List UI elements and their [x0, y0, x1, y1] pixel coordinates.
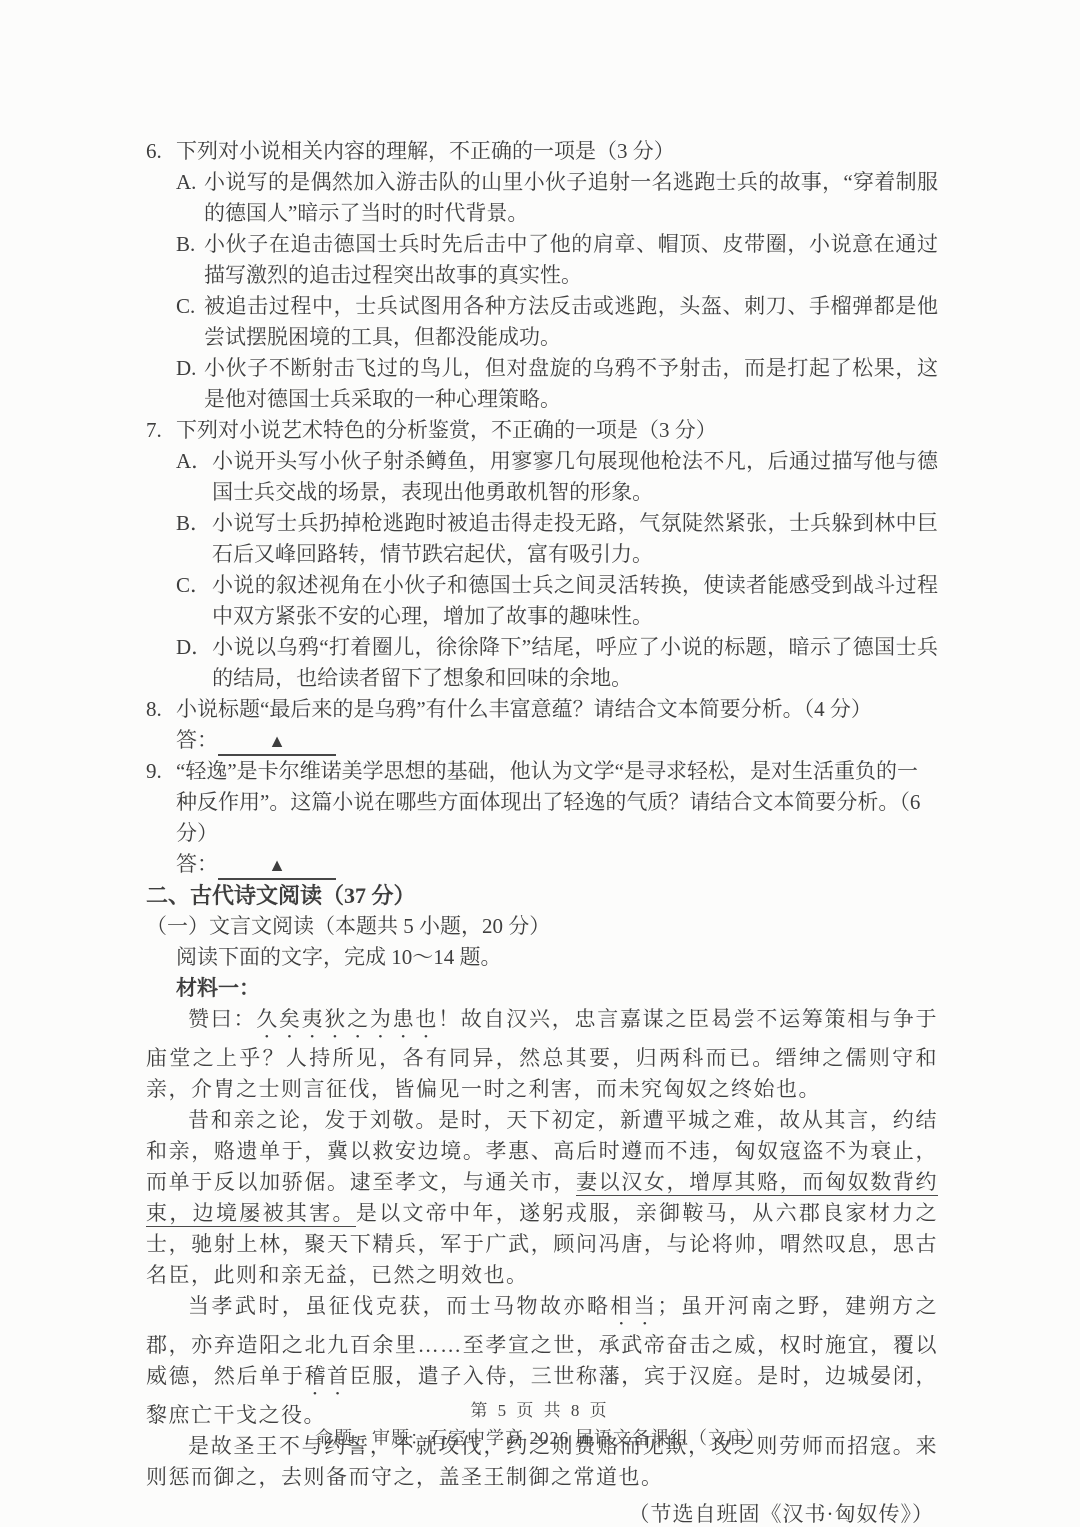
reading-instruction: 阅读下面的文字，完成 10～14 题。	[146, 942, 938, 973]
footer-credit: 命题、审题：石室中学高 2026 届语文备课组（文庙）	[0, 1424, 1080, 1450]
page-number: 第 5 页 共 8 页	[0, 1396, 1080, 1421]
question-7-option-d: D． 小说以乌鸦“打着圈儿，徐徐降下”结尾，呼应了小说的标题，暗示了德国士兵的结…	[146, 632, 938, 694]
passage-attribution: （节选自班固《汉书·匈奴传》）	[146, 1499, 938, 1527]
option-text: 小说写士兵扔掉枪逃跑时被追击得走投无路，气氛陡然紧张，士兵躲到林中巨石后又峰回路…	[212, 508, 938, 570]
exam-page: 6. 下列对小说相关内容的理解，不正确的一项是（3 分） A. 小说写的是偶然加…	[0, 0, 1080, 1527]
paragraph-text: 赞曰：	[188, 1007, 256, 1031]
option-label: B.	[176, 229, 204, 260]
question-6: 6. 下列对小说相关内容的理解，不正确的一项是（3 分）	[146, 136, 938, 167]
option-text: 被追击过程中，士兵试图用各种方法反击或逃跑，头盔、刺刀、手榴弹都是他尝试摆脱困境…	[204, 291, 938, 353]
question-6-text: 下列对小说相关内容的理解，不正确的一项是（3 分）	[176, 136, 938, 167]
passage-paragraph-1: 赞曰：久矣夷狄之为患也！故自汉兴，忠言嘉谋之臣曷尝不运筹策相与争于庙堂之上乎？人…	[146, 1004, 938, 1105]
question-8-number: 8.	[146, 694, 176, 725]
question-6-number: 6.	[146, 136, 176, 167]
question-6-option-a: A. 小说写的是偶然加入游击队的山里小伙子追射一名逃跑士兵的故事，“穿着制服的德…	[146, 167, 938, 229]
answer-blank-q9: ▲	[218, 852, 336, 880]
question-9-number: 9.	[146, 756, 176, 787]
question-7: 7. 下列对小说艺术特色的分析鉴赏，不正确的一项是（3 分）	[146, 415, 938, 446]
option-text: 小伙子在追击德国士兵时先后击中了他的肩章、帽顶、皮带圈，小说意在通过描写激烈的追…	[204, 229, 938, 291]
question-7-option-c: C． 小说的叙述视角在小伙子和德国士兵之间灵活转换，使读者能感受到战斗过程中双方…	[146, 570, 938, 632]
option-text: 小伙子不断射击飞过的鸟儿，但对盘旋的乌鸦不予射击，而是打起了松果，这是他对德国士…	[204, 353, 938, 415]
question-6-option-b: B. 小伙子在追击德国士兵时先后击中了他的肩章、帽顶、皮带圈，小说意在通过描写激…	[146, 229, 938, 291]
option-label: A.	[176, 167, 204, 198]
question-7-number: 7.	[146, 415, 176, 446]
question-8: 8. 小说标题“最后来的是乌鸦”有什么丰富意蕴？请结合文本简要分析。（4 分）	[146, 694, 938, 725]
question-9-answer-row: 答：▲	[146, 849, 938, 880]
question-9-text: “轻逸”是卡尔维诺美学思想的基础，他认为文学“是寻求轻松，是对生活重负的一种反作…	[176, 756, 938, 849]
emphasized-text: 相当	[610, 1294, 657, 1318]
option-label: C．	[176, 570, 212, 601]
emphasized-text: 稽首	[304, 1364, 349, 1388]
option-text: 小说以乌鸦“打着圈儿，徐徐降下”结尾，呼应了小说的标题，暗示了德国士兵的结局，也…	[212, 632, 938, 694]
answer-blank-q8: ▲	[218, 728, 336, 756]
option-label: D．	[176, 632, 212, 663]
answer-label: 答：	[176, 728, 218, 752]
question-6-option-c: C. 被追击过程中，士兵试图用各种方法反击或逃跑，头盔、刺刀、手榴弹都是他尝试摆…	[146, 291, 938, 353]
section-subheading: （一）文言文阅读（本题共 5 小题，20 分）	[146, 911, 938, 942]
question-8-answer-row: 答：▲	[146, 725, 938, 756]
question-9: 9. “轻逸”是卡尔维诺美学思想的基础，他认为文学“是寻求轻松，是对生活重负的一…	[146, 756, 938, 849]
question-8-text: 小说标题“最后来的是乌鸦”有什么丰富意蕴？请结合文本简要分析。（4 分）	[176, 694, 938, 725]
section-heading: 二、古代诗文阅读（37 分）	[146, 880, 938, 911]
exam-content: 6. 下列对小说相关内容的理解，不正确的一项是（3 分） A. 小说写的是偶然加…	[146, 136, 938, 1527]
option-text: 小说写的是偶然加入游击队的山里小伙子追射一名逃跑士兵的故事，“穿着制服的德国人”…	[204, 167, 938, 229]
material-one-label: 材料一：	[146, 973, 938, 1004]
emphasized-text: 久矣夷狄之为患也	[256, 1007, 438, 1031]
option-text: 小说开头写小伙子射杀鳟鱼，用寥寥几句展现他枪法不凡，后通过描写他与德国士兵交战的…	[212, 446, 938, 508]
paragraph-text: 当孝武时，虽征伐克获，而士马物故亦略	[188, 1294, 610, 1318]
question-6-option-d: D. 小伙子不断射击飞过的鸟儿，但对盘旋的乌鸦不予射击，而是打起了松果，这是他对…	[146, 353, 938, 415]
question-7-option-b: B． 小说写士兵扔掉枪逃跑时被追击得走投无路，气氛陡然紧张，士兵躲到林中巨石后又…	[146, 508, 938, 570]
question-7-text: 下列对小说艺术特色的分析鉴赏，不正确的一项是（3 分）	[176, 415, 938, 446]
passage-paragraph-2: 昔和亲之论，发于刘敬。是时，天下初定，新遭平城之难，故从其言，约结和亲，赂遗单于…	[146, 1105, 938, 1291]
option-text: 小说的叙述视角在小伙子和德国士兵之间灵活转换，使读者能感受到战斗过程中双方紧张不…	[212, 570, 938, 632]
option-label: B．	[176, 508, 212, 539]
option-label: D.	[176, 353, 204, 384]
question-7-option-a: A． 小说开头写小伙子射杀鳟鱼，用寥寥几句展现他枪法不凡，后通过描写他与德国士兵…	[146, 446, 938, 508]
answer-label: 答：	[176, 852, 218, 876]
option-label: C.	[176, 291, 204, 322]
option-label: A．	[176, 446, 212, 477]
